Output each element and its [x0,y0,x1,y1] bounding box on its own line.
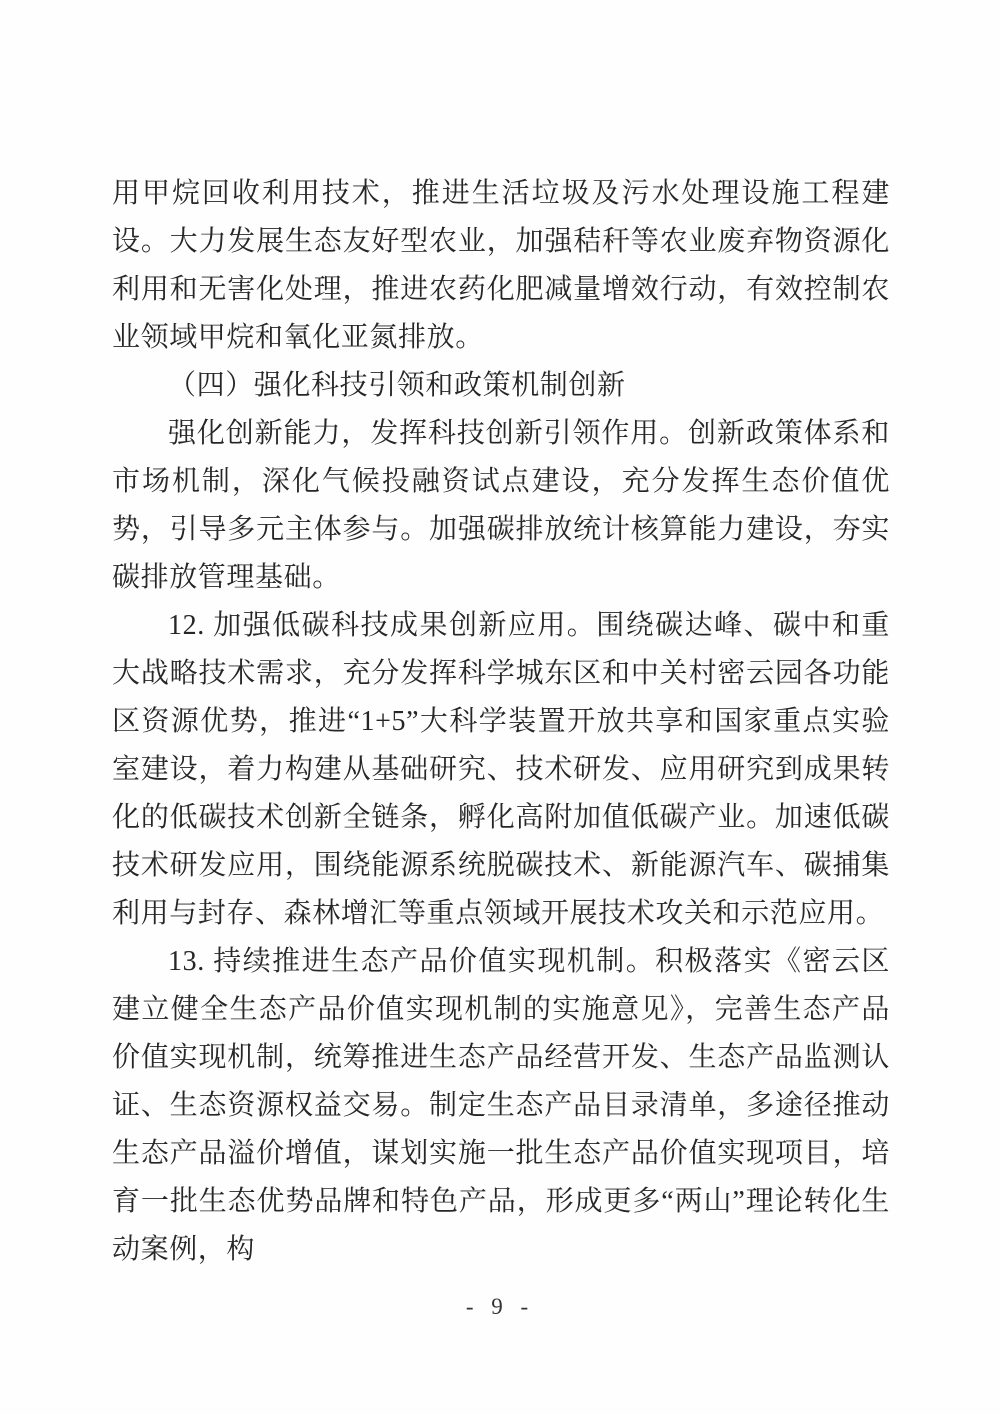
paragraph-item-12: 12. 加强低碳科技成果创新应用。围绕碳达峰、碳中和重大战略技术需求，充分发挥科… [112,602,890,938]
document-page: 用甲烷回收利用技术，推进生活垃圾及污水处理设施工程建设。大力发展生态友好型农业，… [0,0,1000,1414]
paragraph: 强化创新能力，发挥科技创新引领作用。创新政策体系和市场机制，深化气候投融资试点建… [112,410,890,602]
paragraph-item-13: 13. 持续推进生态产品价值实现机制。积极落实《密云区建立健全生态产品价值实现机… [112,938,890,1274]
paragraph-continuation: 用甲烷回收利用技术，推进生活垃圾及污水处理设施工程建设。大力发展生态友好型农业，… [112,170,890,362]
page-number: - 9 - [0,1292,1000,1322]
section-heading: （四）强化科技引领和政策机制创新 [112,362,890,410]
document-body: 用甲烷回收利用技术，推进生活垃圾及污水处理设施工程建设。大力发展生态友好型农业，… [112,170,890,1274]
